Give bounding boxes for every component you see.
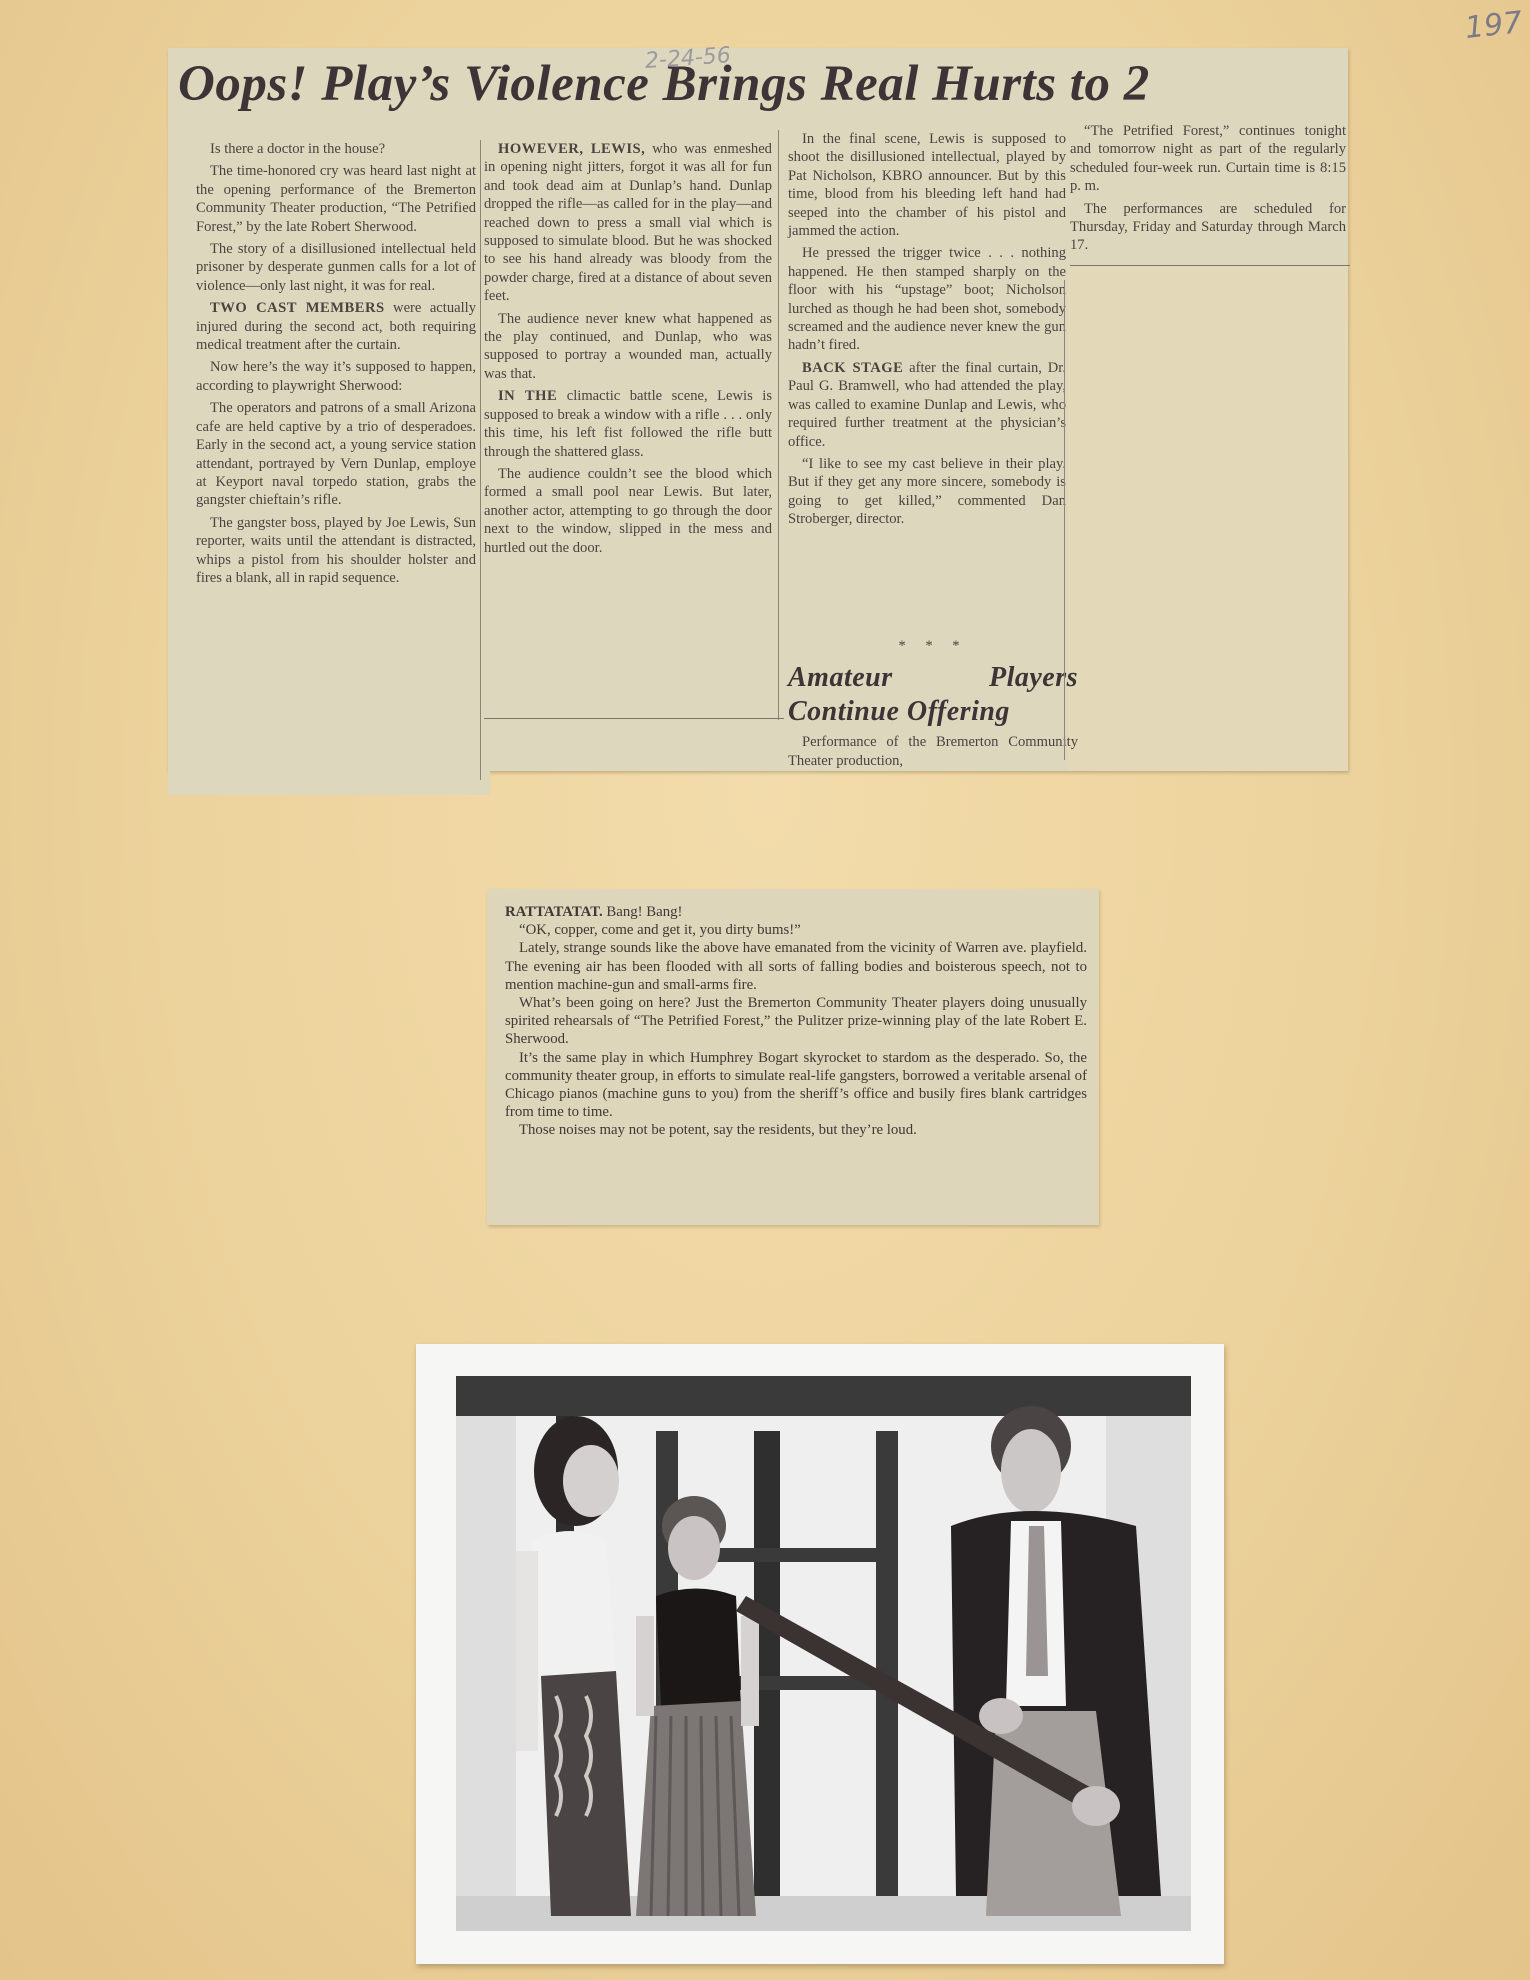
paragraph: The story of a disillusioned intellectua… (196, 240, 476, 295)
paragraph-text: He pressed the trigger twice . . . nothi… (788, 245, 1066, 353)
paragraph-text: The operators and patrons of a small Ari… (196, 400, 476, 508)
paragraph: The time-honored cry was heard last nigh… (196, 162, 476, 236)
paragraph-text: Is there a doctor in the house? (210, 141, 385, 157)
paragraph: RATTATATAT. Bang! Bang! (505, 903, 1087, 921)
separator-dots: * * * (788, 637, 1078, 655)
paragraph-text: “I like to see my cast believe in their … (788, 456, 1066, 527)
scrapbook-backing (1068, 266, 1348, 771)
paragraph: TWO CAST MEMBERS were actually injured d… (196, 299, 476, 354)
brief-clipping: RATTATATAT. Bang! Bang!“OK, copper, come… (487, 889, 1099, 1225)
paragraph-text: The audience never knew what happened as… (484, 311, 772, 382)
paragraph-text: In the final scene, Lewis is supposed to… (788, 131, 1066, 239)
article-continuation: * * * Amateur Players Continue Offering … (788, 637, 1078, 774)
paragraph: The performances are scheduled for Thurs… (1070, 200, 1346, 255)
paragraph: “I like to see my cast believe in their … (788, 455, 1066, 529)
paragraph-lead: TWO CAST MEMBERS (210, 300, 385, 316)
paragraph-text: Bang! Bang! (603, 904, 683, 920)
page-number: 197 (1463, 5, 1524, 46)
paragraph: It’s the same play in which Humphrey Bog… (505, 1049, 1087, 1122)
paragraph: Those noises may not be potent, say the … (505, 1121, 1087, 1139)
paragraph-text: What’s been going on here? Just the Brem… (505, 995, 1087, 1047)
article-clipping-tail (168, 771, 490, 795)
paragraph: “The Petrified Forest,” continues tonigh… (1070, 122, 1346, 196)
paragraph: The audience never knew what happened as… (484, 310, 772, 384)
paragraph-text: The audience couldn’t see the blood whic… (484, 466, 772, 556)
paragraph-text: who was enmeshed in opening night jitter… (484, 141, 772, 304)
article-column-4: “The Petrified Forest,” continues tonigh… (1070, 122, 1346, 259)
paragraph-text: Those noises may not be potent, say the … (519, 1122, 917, 1138)
article-column-3: In the final scene, Lewis is supposed to… (788, 130, 1066, 533)
paragraph-text: “The Petrified Forest,” continues tonigh… (1070, 123, 1346, 194)
paragraph-lead: RATTATATAT. (505, 904, 603, 920)
column-rule (778, 130, 779, 720)
paragraph: HOWEVER, LEWIS, who was enmeshed in open… (484, 140, 772, 306)
column-rule (1070, 265, 1350, 266)
column-rule (484, 718, 784, 719)
article-column-1: Is there a doctor in the house?The time-… (196, 140, 476, 591)
paragraph-text: “OK, copper, come and get it, you dirty … (519, 922, 801, 938)
article-headline: Oops! Play’s Violence Brings Real Hurts … (178, 55, 1348, 113)
paragraph-text: Now here’s the way it’s supposed to happ… (196, 359, 476, 393)
paragraph: The audience couldn’t see the blood whic… (484, 465, 772, 557)
paragraph-text: Lately, strange sounds like the above ha… (505, 940, 1087, 992)
paragraph: The gangster boss, played by Joe Lewis, … (196, 514, 476, 588)
paragraph: What’s been going on here? Just the Brem… (505, 994, 1087, 1049)
paragraph-text: The story of a disillusioned intellectua… (196, 241, 476, 294)
paragraph-lead: BACK STAGE (802, 360, 903, 376)
brief-body: RATTATATAT. Bang! Bang!“OK, copper, come… (505, 903, 1087, 1140)
paragraph: Lately, strange sounds like the above ha… (505, 939, 1087, 994)
paragraph-text: It’s the same play in which Humphrey Bog… (505, 1050, 1087, 1121)
cast-photo (456, 1376, 1191, 1931)
photo-print: Black-and-white photograph of three acto… (416, 1344, 1224, 1964)
paragraph-text: The performances are scheduled for Thurs… (1070, 201, 1346, 254)
paragraph: Is there a doctor in the house? (196, 140, 476, 158)
paragraph-text: The time-honored cry was heard last nigh… (196, 163, 476, 234)
cast-photo-image (456, 1376, 1191, 1931)
paragraph-lead: IN THE (498, 388, 557, 404)
paragraph-text: The gangster boss, played by Joe Lewis, … (196, 515, 476, 586)
second-lede: Performance of the Bremerton Community T… (788, 733, 1078, 770)
second-headline: Amateur Players Continue Offering (788, 661, 1078, 729)
paragraph: “OK, copper, come and get it, you dirty … (505, 921, 1087, 939)
paragraph: The operators and patrons of a small Ari… (196, 399, 476, 509)
paragraph: IN THE climactic battle scene, Lewis is … (484, 387, 772, 461)
paragraph-lead: HOWEVER, LEWIS, (498, 141, 645, 157)
paragraph: He pressed the trigger twice . . . nothi… (788, 244, 1066, 354)
paragraph: In the final scene, Lewis is supposed to… (788, 130, 1066, 240)
article-column-2: HOWEVER, LEWIS, who was enmeshed in open… (484, 140, 772, 561)
column-rule (1064, 280, 1065, 760)
column-rule (480, 140, 481, 780)
paragraph: Now here’s the way it’s supposed to happ… (196, 358, 476, 395)
paragraph: BACK STAGE after the final curtain, Dr. … (788, 359, 1066, 451)
